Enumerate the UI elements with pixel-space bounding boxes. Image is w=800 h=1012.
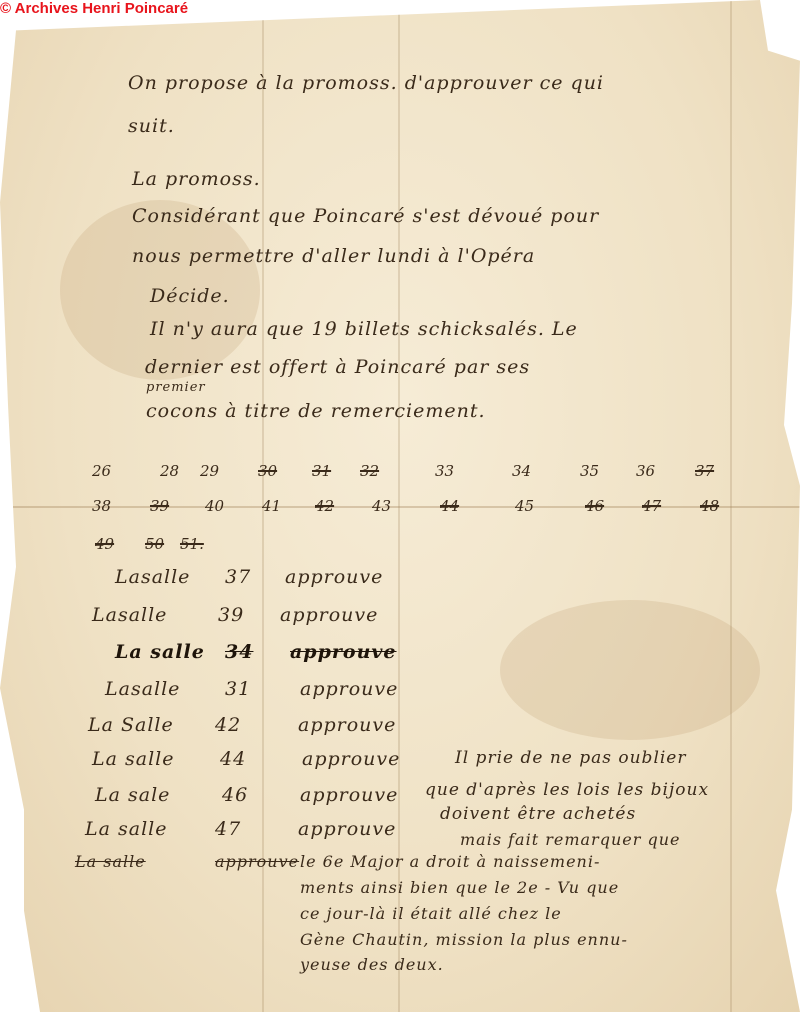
note-line: que d'après les lois les bijoux xyxy=(425,780,709,800)
note-line: ments ainsi bien que le 2e - Vu que xyxy=(300,878,619,897)
approval-verdict: approuve xyxy=(298,714,396,736)
ticket-number: 36 xyxy=(636,462,655,480)
approval-verdict: approuve xyxy=(300,784,398,806)
ticket-number: 39 xyxy=(218,604,244,626)
ticket-number: 31 xyxy=(225,678,251,700)
ticket-number: 47 xyxy=(642,497,661,515)
ticket-number: 43 xyxy=(372,497,391,515)
ticket-number: 26 xyxy=(92,462,111,480)
text-line: suit. xyxy=(128,115,175,137)
ticket-number: 46 xyxy=(222,784,248,806)
ticket-number: 46 xyxy=(585,497,604,515)
ticket-number: 50 xyxy=(145,535,164,553)
approver-name: La Salle xyxy=(88,714,174,736)
ticket-number: 30 xyxy=(258,462,277,480)
ticket-number: 29 xyxy=(200,462,219,480)
text-line: dernier est offert à Poincaré par ses xyxy=(145,356,530,378)
fold-line xyxy=(0,506,800,508)
text-line: Il n'y aura que 19 billets schicksalés. … xyxy=(150,318,578,340)
note-line: yeuse des deux. xyxy=(300,955,444,974)
ticket-number: 41 xyxy=(262,497,281,515)
ticket-number: 42 xyxy=(315,497,334,515)
ticket-number: 38 xyxy=(92,497,111,515)
approver-name: La sale xyxy=(95,784,170,806)
approval-verdict: approuve xyxy=(290,641,397,663)
text-line: cocons à titre de remerciement. xyxy=(146,400,486,422)
ticket-number: 37 xyxy=(695,462,714,480)
note-line: le 6e Major a droit à naissemeni- xyxy=(300,852,600,871)
approval-verdict: approuve xyxy=(302,748,400,770)
approval-verdict: approuve xyxy=(280,604,378,626)
ticket-number: 37 xyxy=(225,566,251,588)
approval-verdict: approuve xyxy=(298,818,396,840)
text-line: premier xyxy=(146,380,206,395)
fold-line xyxy=(730,0,732,1012)
ticket-number: 42 xyxy=(215,714,241,736)
ticket-number: 33 xyxy=(435,462,454,480)
text-line: La promoss. xyxy=(132,168,261,190)
ticket-number: 45 xyxy=(515,497,534,515)
note-line: ce jour-là il était allé chez le xyxy=(300,904,562,923)
paper-stain xyxy=(500,600,760,740)
ticket-number: 40 xyxy=(205,497,224,515)
ticket-number: 44 xyxy=(220,748,246,770)
ticket-number: 47 xyxy=(215,818,241,840)
ticket-number: 34 xyxy=(225,641,253,663)
ticket-number: 35 xyxy=(580,462,599,480)
approver-name: La salle xyxy=(85,818,167,840)
ticket-number: 34 xyxy=(512,462,531,480)
approval-verdict: approuve xyxy=(215,852,299,871)
text-line: Décide. xyxy=(150,285,230,307)
ticket-number: 44 xyxy=(440,497,459,515)
approver-name: La salle xyxy=(75,852,146,871)
note-line: Il prie de ne pas oublier xyxy=(455,748,687,768)
text-line: On propose à la promoss. d'approuver ce … xyxy=(128,72,604,94)
ticket-number: 49 xyxy=(95,535,114,553)
ticket-number: 48 xyxy=(700,497,719,515)
ticket-number: 32 xyxy=(360,462,379,480)
approval-verdict: approuve xyxy=(285,566,383,588)
watermark: © Archives Henri Poincaré xyxy=(0,0,188,18)
approval-verdict: approuve xyxy=(300,678,398,700)
approver-name: Lasalle xyxy=(115,566,190,588)
approver-name: Lasalle xyxy=(92,604,167,626)
ticket-number: 31 xyxy=(312,462,331,480)
text-line: nous permettre d'aller lundi à l'Opéra xyxy=(132,245,535,267)
approver-name: La salle xyxy=(92,748,174,770)
ticket-number: 39 xyxy=(150,497,169,515)
text-line: Considérant que Poincaré s'est dévoué po… xyxy=(132,205,599,227)
note-line: Gène Chautin, mission la plus ennu- xyxy=(300,930,628,949)
ticket-number: 51. xyxy=(180,535,204,553)
approver-name: La salle xyxy=(115,641,205,663)
note-line: mais fait remarquer que xyxy=(460,830,680,849)
ticket-number: 28 xyxy=(160,462,179,480)
note-line: doivent être achetés xyxy=(440,804,636,824)
approver-name: Lasalle xyxy=(105,678,180,700)
